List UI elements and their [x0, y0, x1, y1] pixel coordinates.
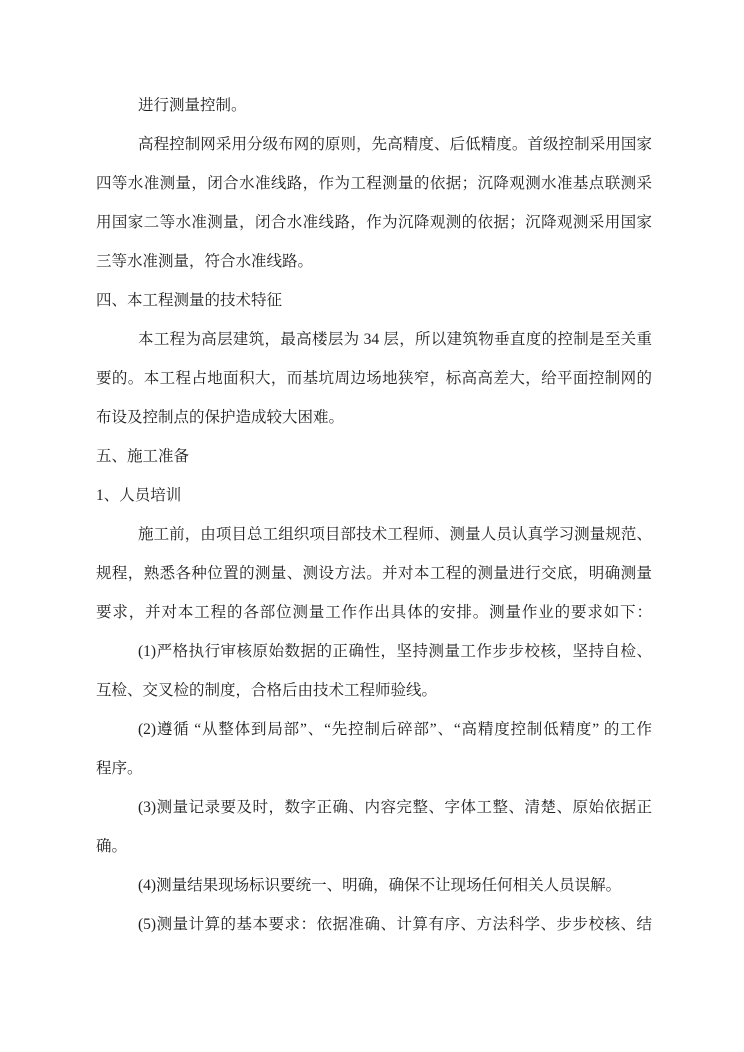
section-heading-4: 四、本工程测量的技术特征: [96, 281, 652, 320]
document-body: 进行测量控制。 高程控制网采用分级布网的原则，先高精度、后低精度。首级控制采用国…: [96, 86, 652, 944]
paragraph-line: 要求，并对本工程的各部位测量工作作出具体的安排。测量作业的要求如下：: [96, 593, 652, 632]
paragraph-line: 高程控制网采用分级布网的原则，先高精度、后低精度。首级控制采用国家: [96, 125, 652, 164]
list-item-line-1: (1)严格执行审核原始数据的正确性，坚持测量工作步步校核，坚持自检、: [96, 632, 652, 671]
paragraph-line: 本工程为高层建筑，最高楼层为 34 层，所以建筑物垂直度的控制是至关重: [96, 320, 652, 359]
list-item-line-4: (4)测量结果现场标识要统一、明确，确保不让现场任何相关人员误解。: [96, 866, 652, 905]
list-item-line-3-cont: 确。: [96, 827, 652, 866]
paragraph-line: 进行测量控制。: [96, 86, 652, 125]
list-item-line-2-cont: 程序。: [96, 749, 652, 788]
section-heading-5: 五、施工准备: [96, 437, 652, 476]
list-item-line-1-cont: 互检、交叉检的制度，合格后由技术工程师验线。: [96, 671, 652, 710]
subsection-heading-1: 1、人员培训: [96, 476, 652, 515]
list-item-line-5: (5)测量计算的基本要求：依据准确、计算有序、方法科学、步步校核、结: [96, 905, 652, 944]
paragraph-line: 三等水准测量，符合水准线路。: [96, 242, 652, 281]
paragraph-line: 用国家二等水准测量，闭合水准线路，作为沉降观测的依据；沉降观测采用国家: [96, 203, 652, 242]
list-item-line-3: (3)测量记录要及时，数字正确、内容完整、字体工整、清楚、原始依据正: [96, 788, 652, 827]
paragraph-line: 规程，熟悉各种位置的测量、测设方法。并对本工程的测量进行交底，明确测量: [96, 554, 652, 593]
paragraph-line: 施工前，由项目总工组织项目部技术工程师、测量人员认真学习测量规范、: [96, 515, 652, 554]
list-item-line-2: (2)遵循 “从整体到局部”、“先控制后碎部”、“高精度控制低精度” 的工作: [96, 710, 652, 749]
paragraph-line: 四等水准测量，闭合水准线路，作为工程测量的依据；沉降观测水准基点联测采: [96, 164, 652, 203]
paragraph-line: 要的。本工程占地面积大，而基坑周边场地狭窄，标高高差大，给平面控制网的: [96, 359, 652, 398]
document-page: 进行测量控制。 高程控制网采用分级布网的原则，先高精度、后低精度。首级控制采用国…: [0, 0, 744, 1052]
paragraph-line: 布设及控制点的保护造成较大困难。: [96, 398, 652, 437]
